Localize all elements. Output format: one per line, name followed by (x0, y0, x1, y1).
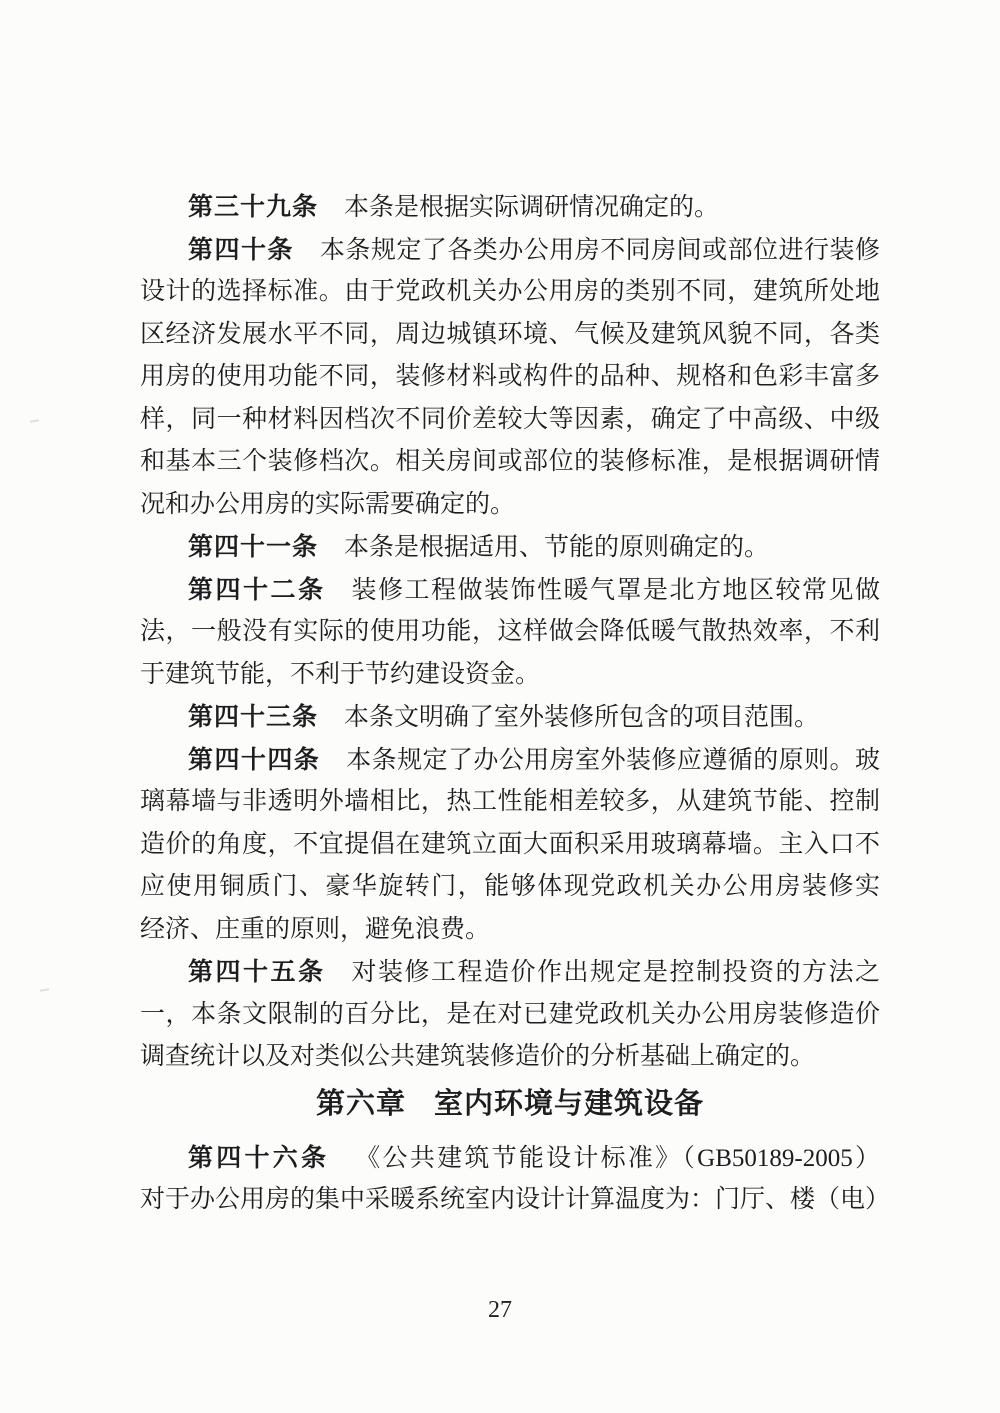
line-text: 对于办公用房的集中采暖系统室内设计计算温度为：门厅、楼（电） (140, 1186, 880, 1213)
line-text: 样，同一种材料因档次不同价差较大等因素，确定了中高级、中级 (140, 406, 880, 433)
paragraph-first-line: 第四十条本条规定了各类办公用房不同房间或部位进行装修 (140, 229, 880, 272)
line-text: 装修工程做装饰性暖气罩是北方地区较常见做 (352, 577, 880, 604)
paragraph-first-line: 第四十一条本条是根据适用、节能的原则确定的。 (140, 526, 880, 569)
text-line: 经济、庄重的原则，避免浪费。 (140, 909, 880, 952)
line-text: 区经济发展水平不同，周边城镇环境、气候及建筑风貌不同，各类 (140, 321, 880, 348)
text-line: 用房的使用功能不同，装修材料或构件的品种、规格和色彩丰富多 (140, 356, 880, 399)
article-number-label: 第四十三条 (188, 703, 318, 731)
article-number-label: 第三十九条 (188, 193, 318, 221)
text-line: 造价的角度，不宜提倡在建筑立面大面积采用玻璃幕墙。主入口不 (140, 824, 880, 867)
text-line: 况和办公用房的实际需要确定的。 (140, 484, 880, 527)
line-text: 调查统计以及对类似公共建筑装修造价的分析基础上确定的。 (140, 1043, 815, 1070)
line-text: 一，本条文限制的百分比，是在对已建党政机关办公用房装修造价 (140, 1001, 880, 1028)
article-number-label: 第四十五条 (188, 958, 326, 986)
text-line: 法，一般没有实际的使用功能，这样做会降低暖气散热效率，不利 (140, 611, 880, 654)
line-text: 应使用铜质门、豪华旋转门，能够体现党政机关办公用房装修实用、 (140, 873, 880, 909)
line-text: 本条是根据实际调研情况确定的。 (344, 194, 719, 221)
paragraph-first-line: 第四十四条本条规定了办公用房室外装修应遵循的原则。玻 (140, 739, 880, 782)
line-text: 法，一般没有实际的使用功能，这样做会降低暖气散热效率，不利 (140, 618, 880, 645)
line-text: 本条是根据适用、节能的原则确定的。 (344, 534, 769, 561)
scan-artifact (40, 988, 49, 992)
text-line: 设计的选择标准。由于党政机关办公用房的类别不同，建筑所处地 (140, 271, 880, 314)
line-text: 况和办公用房的实际需要确定的。 (140, 491, 515, 518)
text-line: 调查统计以及对类似公共建筑装修造价的分析基础上确定的。 (140, 1036, 880, 1079)
paragraph-first-line: 第四十六条《公共建筑节能设计标准》（GB50189-2005）中， (140, 1137, 880, 1180)
text-line: 和基本三个装修档次。相关房间或部位的装修标准，是根据调研情 (140, 441, 880, 484)
line-text: 造价的角度，不宜提倡在建筑立面大面积采用玻璃幕墙。主入口不 (140, 831, 880, 858)
chapter-number: 第六章 (316, 1088, 406, 1120)
text-line: 于建筑节能，不利于节约建设资金。 (140, 654, 880, 697)
line-text: 于建筑节能，不利于节约建设资金。 (140, 661, 540, 688)
line-text: 璃幕墙与非透明外墙相比，热工性能相差较多，从建筑节能、控制 (140, 788, 880, 815)
page-number: 27 (0, 1295, 1000, 1325)
article-number-label: 第四十六条 (188, 1144, 329, 1172)
text-line: 璃幕墙与非透明外墙相比，热工性能相差较多，从建筑节能、控制 (140, 781, 880, 824)
line-text: 用房的使用功能不同，装修材料或构件的品种、规格和色彩丰富多 (140, 363, 880, 390)
chapter-heading: 第六章室内环境与建筑设备 (140, 1079, 880, 1129)
line-text: 设计的选择标准。由于党政机关办公用房的类别不同，建筑所处地 (140, 278, 880, 305)
line-text: 和基本三个装修档次。相关房间或部位的装修标准，是根据调研情 (140, 448, 880, 475)
text-line: 区经济发展水平不同，周边城镇环境、气候及建筑风貌不同，各类 (140, 314, 880, 357)
line-text: 对装修工程造价作出规定是控制投资的方法之 (352, 959, 880, 986)
article-number-label: 第四十四条 (188, 746, 320, 774)
article-number-label: 第四十条 (188, 236, 294, 264)
scan-artifact (30, 419, 39, 423)
line-text: 本条规定了办公用房室外装修应遵循的原则。玻 (346, 747, 880, 774)
line-text: 经济、庄重的原则，避免浪费。 (140, 916, 490, 943)
text-line: 对于办公用房的集中采暖系统室内设计计算温度为：门厅、楼（电） (140, 1179, 880, 1222)
paragraph-first-line: 第四十二条装修工程做装饰性暖气罩是北方地区较常见做 (140, 569, 880, 612)
text-block: 第三十九条本条是根据实际调研情况确定的。第四十条本条规定了各类办公用房不同房间或… (140, 186, 880, 1222)
text-line: 样，同一种材料因档次不同价差较大等因素，确定了中高级、中级 (140, 399, 880, 442)
article-number-label: 第四十二条 (188, 576, 326, 604)
text-line: 应使用铜质门、豪华旋转门，能够体现党政机关办公用房装修实用、 (140, 866, 880, 909)
document-page: 第三十九条本条是根据实际调研情况确定的。第四十条本条规定了各类办公用房不同房间或… (0, 0, 1000, 1413)
article-number-label: 第四十一条 (188, 533, 318, 561)
paragraph-first-line: 第四十五条对装修工程造价作出规定是控制投资的方法之 (140, 951, 880, 994)
line-text: 本条文明确了室外装修所包含的项目范围。 (344, 704, 819, 731)
paragraph-first-line: 第四十三条本条文明确了室外装修所包含的项目范围。 (140, 696, 880, 739)
paragraph-first-line: 第三十九条本条是根据实际调研情况确定的。 (140, 186, 880, 229)
chapter-title: 室内环境与建筑设备 (434, 1088, 704, 1120)
line-text: 本条规定了各类办公用房不同房间或部位进行装修 (320, 237, 880, 264)
text-line: 一，本条文限制的百分比，是在对已建党政机关办公用房装修造价 (140, 994, 880, 1037)
